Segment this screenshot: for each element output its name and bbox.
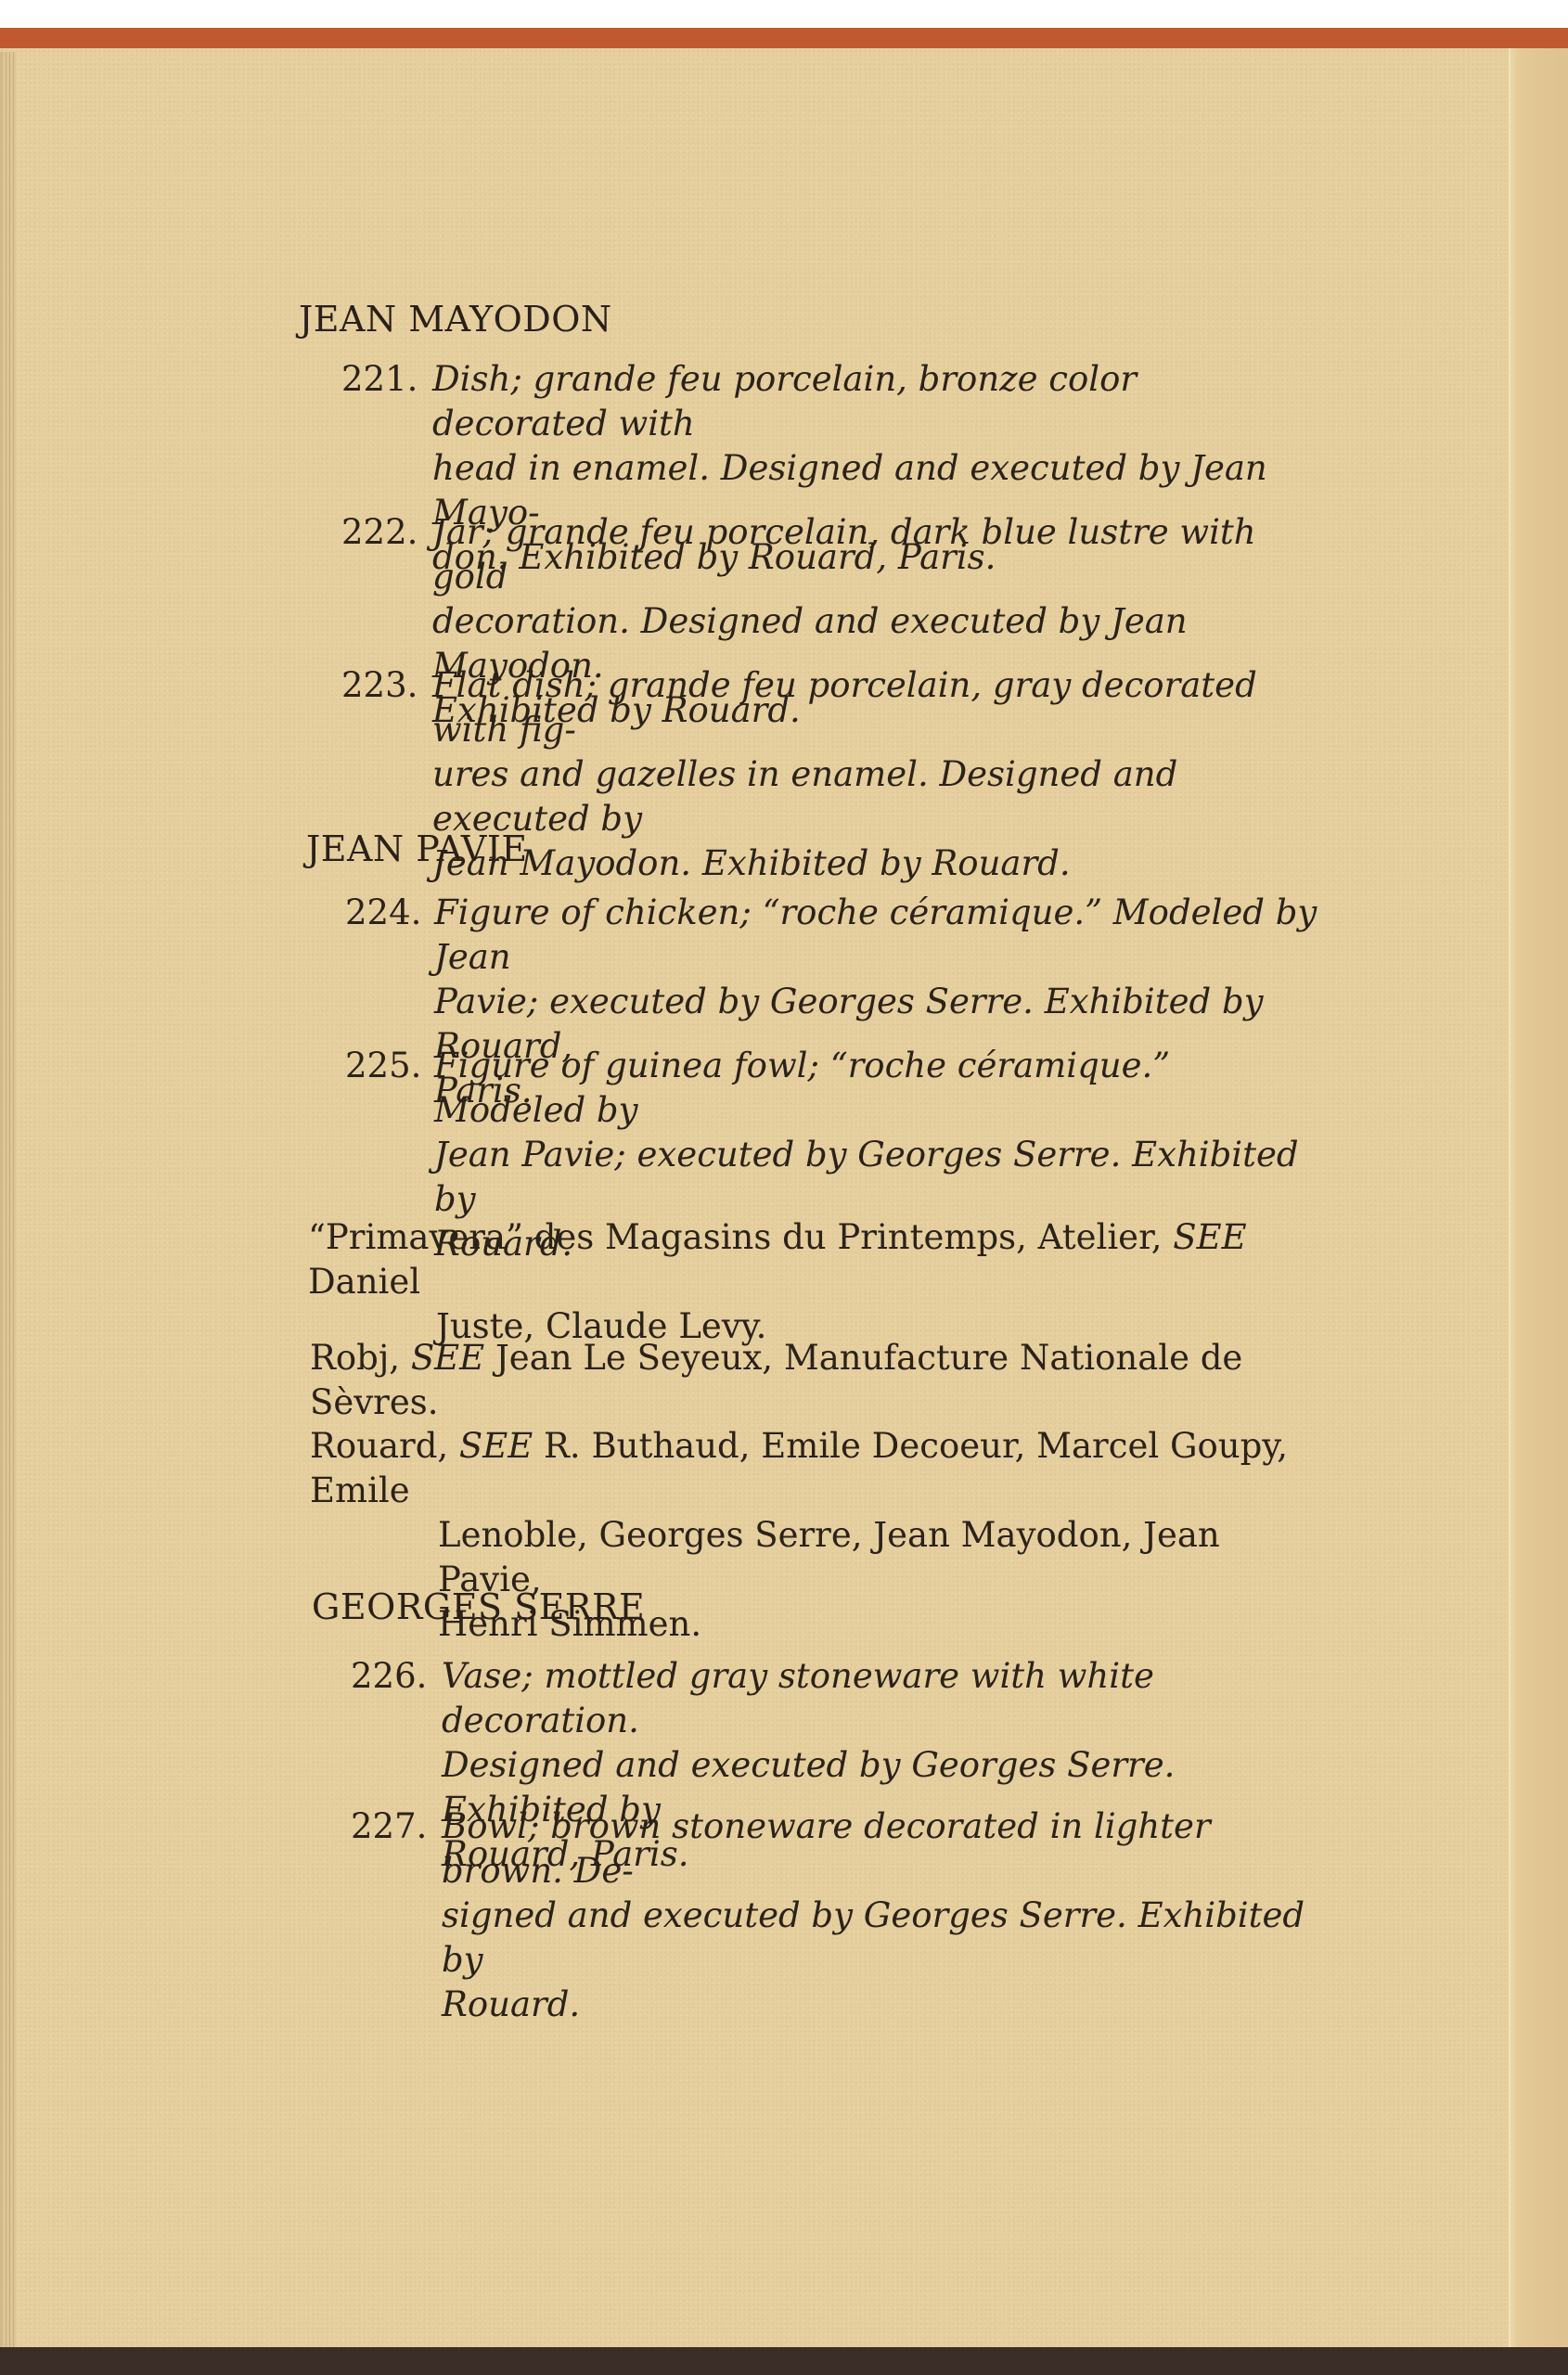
entry-number: 224. xyxy=(345,891,421,935)
entry-line: Rouard. xyxy=(442,1983,1334,2027)
artist-heading-mayodon: JEAN MAYODON xyxy=(299,299,612,340)
entry-line: signed and executed by Georges Serre. Ex… xyxy=(442,1894,1334,1983)
entry-line: Jean Pavie; executed by Georges Serre. E… xyxy=(434,1133,1319,1222)
xref-entity: Rouard, xyxy=(310,1426,459,1466)
entry-line: Vase; mottled gray stoneware with white … xyxy=(442,1654,1334,1743)
entry-number: 225. xyxy=(345,1044,421,1088)
artist-heading-pavie: JEAN PAVIE xyxy=(306,828,528,869)
right-page-fold xyxy=(1509,48,1568,2347)
artist-heading-serre: GEORGES SERRE xyxy=(312,1586,645,1627)
entry-number: 226. xyxy=(351,1654,427,1699)
cross-reference-primavera: “Primavera” des Magasins du Printemps, A… xyxy=(308,1215,1329,1349)
entry-line: Bowl; brown stoneware decorated in light… xyxy=(442,1804,1334,1894)
entry-line: Dish; grande feu porcelain, bronze color… xyxy=(432,357,1316,446)
xref-entity: “Primavera” des Magasins du Printemps, A… xyxy=(308,1217,1173,1257)
see-marker: SEE xyxy=(411,1338,484,1378)
entry-line: ures and gazelles in enamel. Designed an… xyxy=(432,752,1316,841)
page-stack-edges xyxy=(0,52,16,2353)
xref-entity: Robj, xyxy=(310,1338,411,1378)
entry-number: 221. xyxy=(341,357,418,402)
entry-number: 222. xyxy=(341,510,418,555)
book-bottom-edge xyxy=(0,2347,1568,2375)
catalog-entry-227: 227. Bowl; brown stoneware decorated in … xyxy=(351,1804,1334,2027)
entry-line: Jean Mayodon. Exhibited by Rouard. xyxy=(432,841,1316,886)
entry-number: 223. xyxy=(341,663,418,708)
book-top-edge xyxy=(0,28,1568,48)
entry-line: Figure of guinea fowl; “roche céramique.… xyxy=(434,1044,1319,1133)
entry-line: Figure of chicken; “roche céramique.” Mo… xyxy=(434,891,1319,980)
xref-target: Daniel xyxy=(308,1262,420,1302)
entry-line: Flat dish; grande feu porcelain, gray de… xyxy=(432,663,1316,752)
entry-number: 227. xyxy=(351,1804,427,1849)
entry-line: Jar; grande feu porcelain, dark blue lus… xyxy=(432,510,1316,599)
see-marker: SEE xyxy=(459,1426,533,1466)
cross-reference-robj: Robj, SEE Jean Le Seyeux, Manufacture Na… xyxy=(310,1336,1330,1425)
see-marker: SEE xyxy=(1173,1217,1246,1257)
